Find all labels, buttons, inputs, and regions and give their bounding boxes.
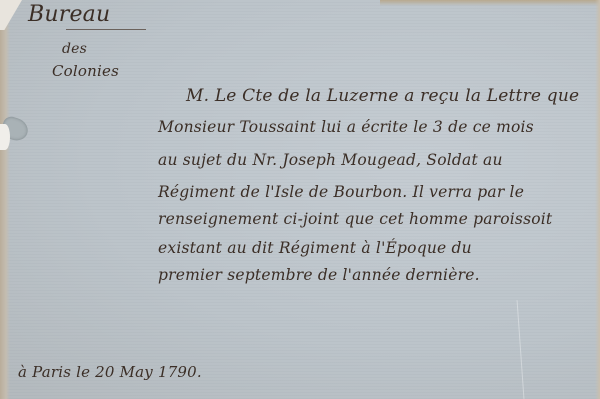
- header-colonies: Colonies: [52, 62, 119, 80]
- body-line-5: renseignement ci-joint que cet homme par…: [158, 210, 552, 228]
- letter-paper: Bureau des Colonies M. Le Cte de la Luze…: [0, 0, 600, 399]
- paper-right-edge: [595, 0, 600, 399]
- letter-dateline: à Paris le 20 May 1790.: [18, 363, 202, 381]
- paper-left-edge: [0, 0, 10, 399]
- header-underline: [66, 29, 146, 30]
- body-line-2: Monsieur Toussaint lui a écrite le 3 de …: [158, 118, 534, 136]
- paper-fold: [517, 300, 525, 399]
- body-line-7: premier septembre de l'année dernière.: [158, 266, 480, 284]
- body-line-6: existant au dit Régiment à l'Époque du: [158, 239, 472, 257]
- header-des: des: [62, 41, 87, 57]
- body-line-1: M. Le Cte de la Luzerne a reçu la Lettre…: [186, 86, 579, 106]
- paper-hole-gap: [0, 124, 10, 150]
- torn-corner: [0, 0, 22, 30]
- body-line-4: Régiment de l'Isle de Bourbon. Il verra …: [158, 183, 524, 201]
- paper-top-edge: [380, 0, 600, 6]
- body-line-3: au sujet du Nr. Joseph Mougead, Soldat a…: [158, 151, 503, 169]
- header-bureau: Bureau: [28, 2, 110, 27]
